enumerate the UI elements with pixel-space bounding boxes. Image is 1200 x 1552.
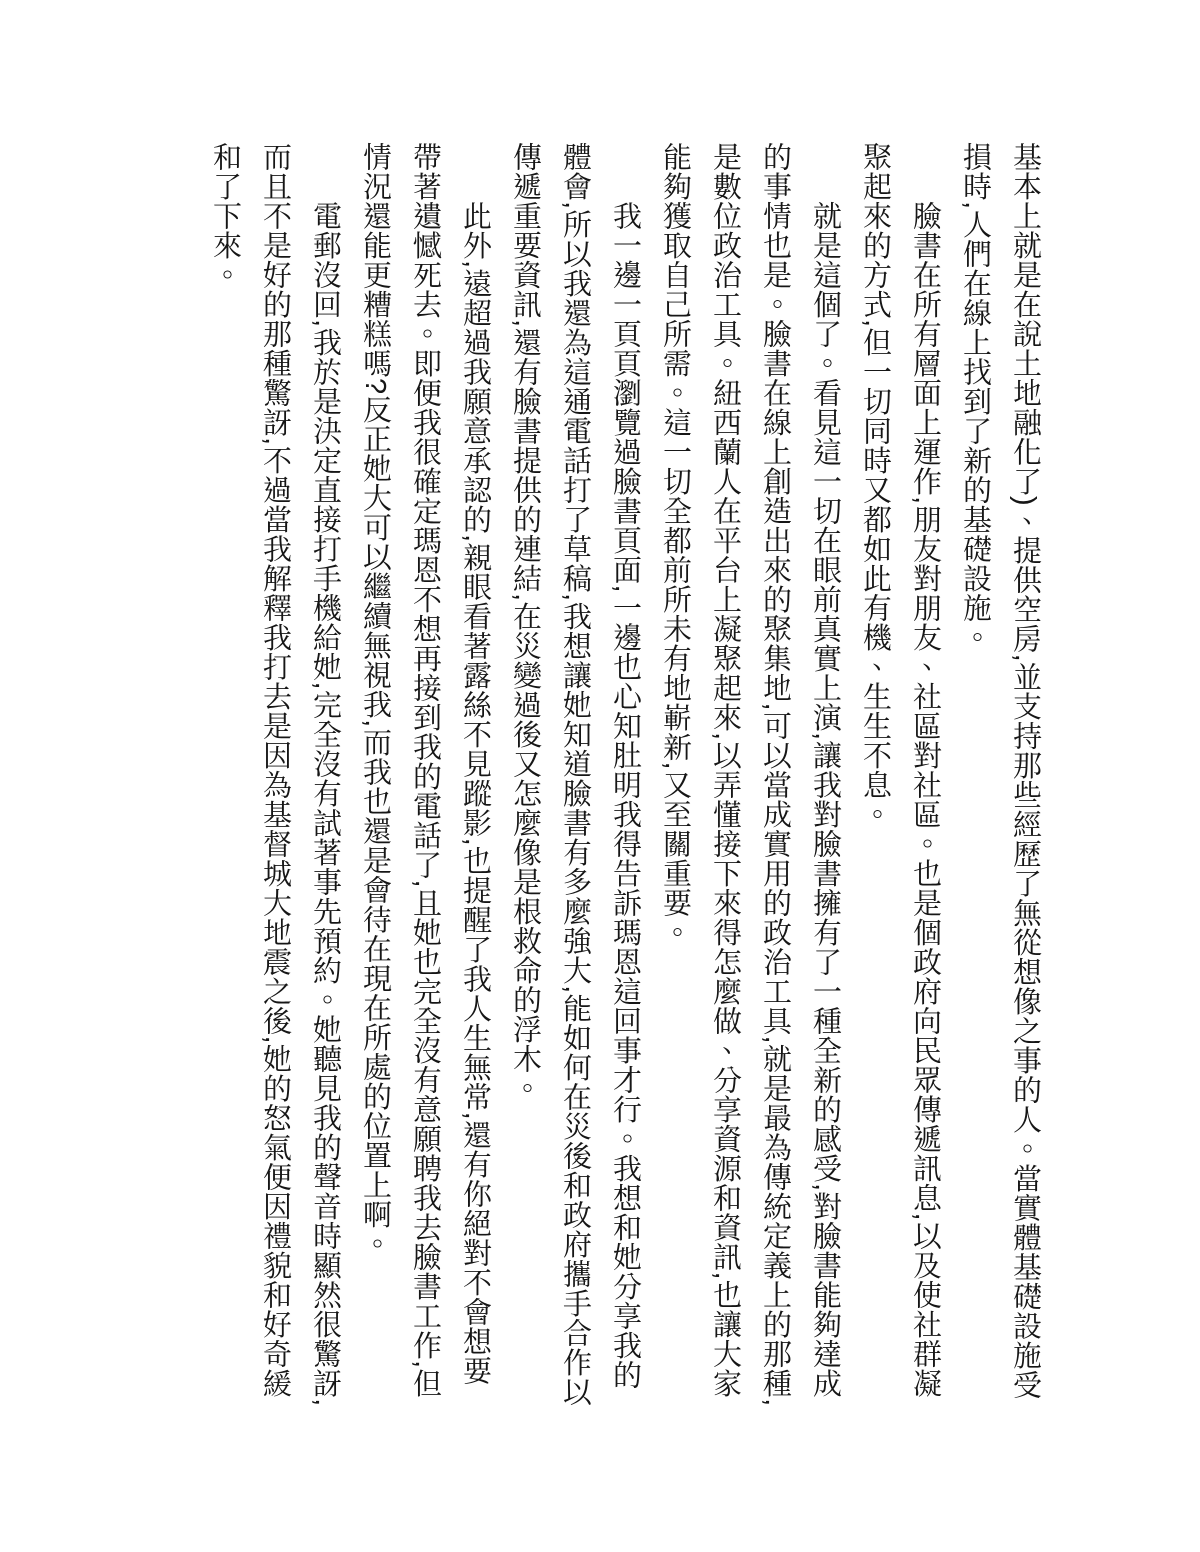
vertical-text-block: 基本上就是在說土地融化了)、提供空房,並支持那些經歷了無從想像之事的人。當實體基… xyxy=(200,142,1050,1412)
paragraph-1: 基本上就是在說土地融化了)、提供空房,並支持那些經歷了無從想像之事的人。當實體基… xyxy=(950,142,1050,1412)
book-page: 基本上就是在說土地融化了)、提供空房,並支持那些經歷了無從想像之事的人。當實體基… xyxy=(0,0,1200,1552)
paragraph-4: 我一邊一頁頁瀏覽過臉書頁面,一邊也心知肚明我得告訴瑪恩這回事才行。我想和她分享我… xyxy=(500,142,650,1412)
paragraph-3: 就是這個了。看見這一切在眼前真實上演,讓我對臉書擁有了一種全新的感受,對臉書能夠… xyxy=(650,142,850,1412)
paragraph-5: 此外,遠超過我願意承認的,親眼看著露絲不見蹤影,也提醒了我人生無常,還有你絕對不… xyxy=(350,142,500,1412)
paragraph-6: 電郵沒回,我於是決定直接打手機給她,完全沒有試著事先預約。她聽見我的聲音時顯然很… xyxy=(200,142,350,1412)
paragraph-2: 臉書在所有層面上運作,朋友對朋友、社區對社區。也是個政府向民眾傳遞訊息,以及使社… xyxy=(850,142,950,1412)
